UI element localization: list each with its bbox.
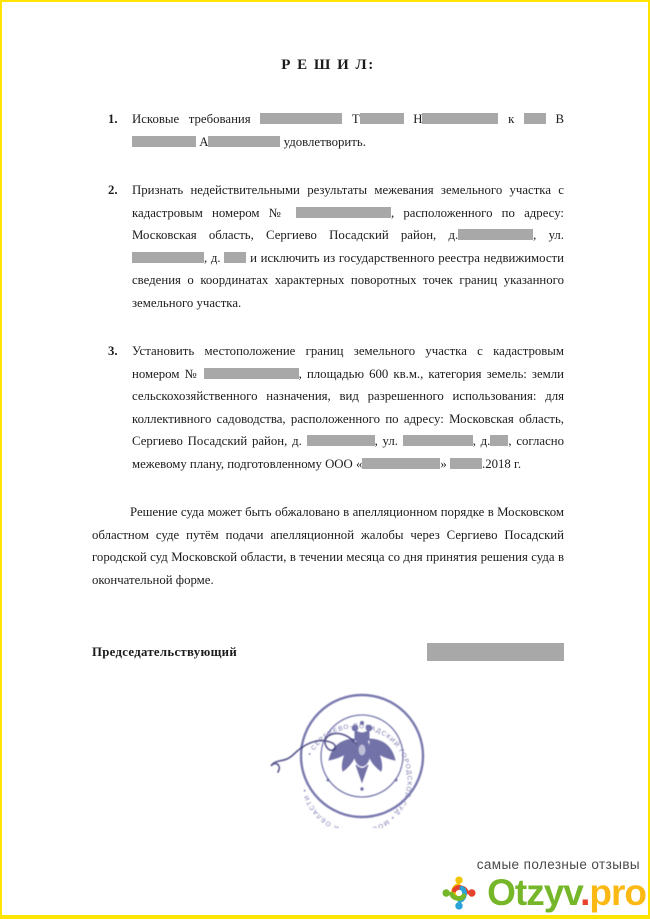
redaction-box — [132, 252, 204, 263]
redaction-box — [260, 113, 342, 124]
redaction-box — [360, 113, 404, 124]
redaction-box — [307, 435, 375, 446]
brand-tld: pro — [589, 872, 646, 913]
item-number: 2. — [108, 179, 118, 202]
decision-heading: Р Е Ш И Л: — [92, 56, 564, 74]
redaction-box — [224, 252, 246, 263]
judge-signature — [268, 720, 364, 786]
brand-dot: . — [580, 872, 589, 913]
signature-redaction-box — [427, 643, 564, 661]
signature-stroke — [268, 720, 364, 786]
otzyv-watermark: самые полезные отзывы — [440, 857, 646, 913]
otzyv-brand-text: Otzyv.pro — [487, 873, 646, 913]
redaction-box — [524, 113, 546, 124]
redaction-box — [296, 207, 391, 218]
item-number: 1. — [108, 108, 118, 131]
item-text: Признать недействительными результаты ме… — [132, 183, 564, 310]
redaction-box — [490, 435, 508, 446]
watermark-tagline: самые полезные отзывы — [440, 857, 640, 872]
redaction-box — [422, 113, 498, 124]
court-decision-body: Р Е Ш И Л: 1. Исковые требования Т Н к В… — [92, 56, 564, 664]
otzyv-logo: Otzyv.pro — [440, 873, 646, 913]
redaction-box — [208, 136, 280, 147]
item-text: Исковые требования Т Н к В А удовлетвори… — [132, 112, 564, 149]
redaction-box — [362, 458, 440, 469]
item-text: Установить местоположение границ земельн… — [132, 344, 564, 471]
decision-item-1: 1. Исковые требования Т Н к В А удовлетв… — [92, 108, 564, 153]
presiding-judge-label: Председательствующий — [92, 641, 237, 664]
redaction-box — [458, 229, 533, 240]
decision-item-3: 3. Установить местоположение границ земе… — [92, 340, 564, 475]
redaction-box — [204, 368, 299, 379]
appeal-paragraph: Решение суда может быть обжаловано в апе… — [92, 501, 564, 591]
brand-name: Otzyv — [487, 872, 580, 913]
document-page: Р Е Ш И Л: 1. Исковые требования Т Н к В… — [0, 0, 650, 919]
redaction-box — [403, 435, 473, 446]
redaction-box — [132, 136, 196, 147]
decision-item-2: 2. Признать недействительными результаты… — [92, 179, 564, 314]
decision-items: 1. Исковые требования Т Н к В А удовлетв… — [92, 108, 564, 475]
item-number: 3. — [108, 340, 118, 363]
otzyv-people-icon — [440, 874, 478, 912]
redaction-box — [450, 458, 482, 469]
signature-row: Председательствующий — [92, 641, 564, 664]
